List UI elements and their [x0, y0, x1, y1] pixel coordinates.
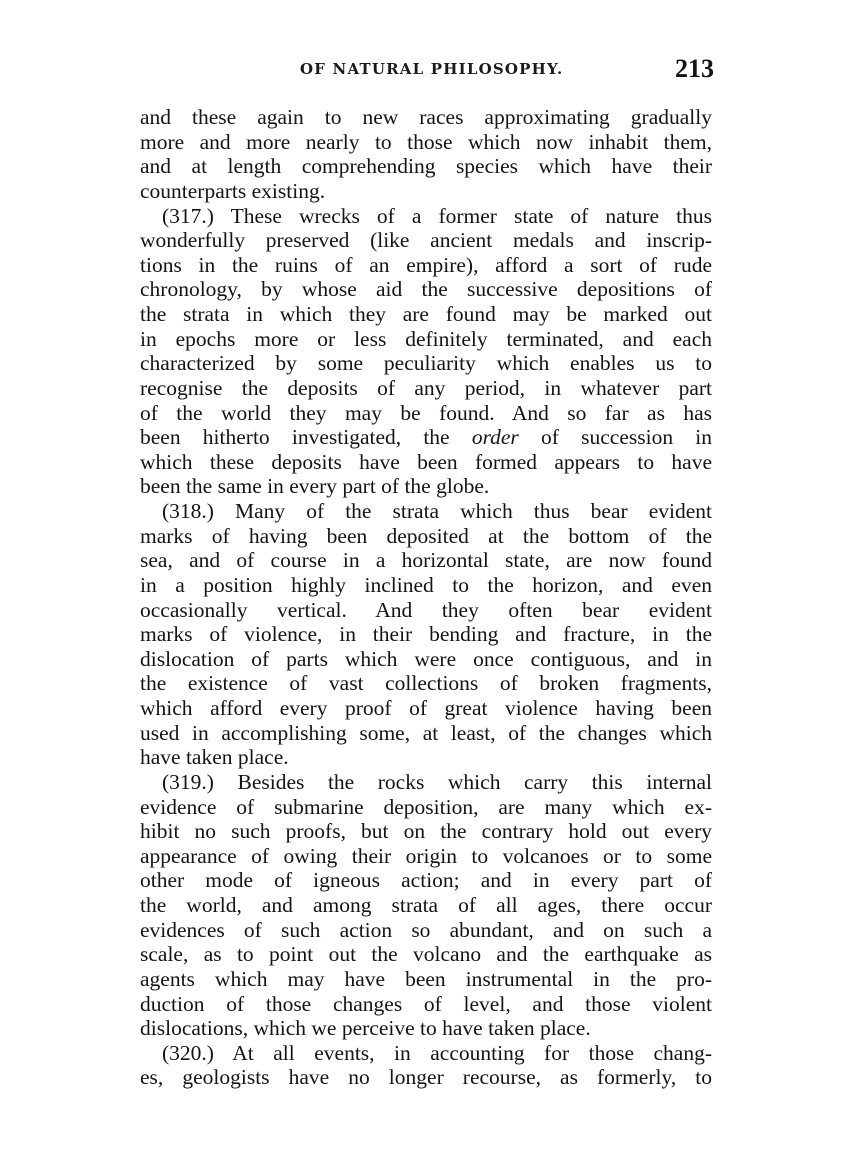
- text-line: in a position highly inclined to the hor…: [140, 573, 712, 598]
- text-line: dislocation of parts which were once con…: [140, 647, 712, 672]
- text-line: of the world they may be found. And so f…: [140, 401, 712, 426]
- text-line: and these again to new races approximati…: [140, 105, 712, 130]
- text-line: (318.) Many of the strata which thus bea…: [140, 499, 712, 524]
- paragraph-317: (317.) These wrecks of a former state of…: [140, 204, 712, 500]
- text-line: have taken place.: [140, 745, 712, 770]
- italic-word: order: [472, 425, 519, 449]
- text-line: used in accomplishing some, at least, of…: [140, 721, 712, 746]
- body-text: and these again to new races approximati…: [140, 105, 712, 1090]
- text-line: and at length comprehending species whic…: [140, 154, 712, 179]
- text-line: other mode of igneous action; and in eve…: [140, 868, 712, 893]
- text-line: marks of violence, in their bending and …: [140, 622, 712, 647]
- text-line: dislocations, which we perceive to have …: [140, 1016, 712, 1041]
- text-line: more and more nearly to those which now …: [140, 130, 712, 155]
- text-line: occasionally vertical. And they often be…: [140, 598, 712, 623]
- text-line-with-italic: been hitherto investigated, the order of…: [140, 425, 712, 450]
- text-line: sea, and of course in a horizontal state…: [140, 548, 712, 573]
- text-line: scale, as to point out the volcano and t…: [140, 942, 712, 967]
- text-line: marks of having been deposited at the bo…: [140, 524, 712, 549]
- text-line: characterized by some peculiarity which …: [140, 351, 712, 376]
- paragraph-318: (318.) Many of the strata which thus bea…: [140, 499, 712, 770]
- text-line: (317.) These wrecks of a former state of…: [140, 204, 712, 229]
- text-line: the existence of vast collections of bro…: [140, 671, 712, 696]
- text-line: (320.) At all events, in accounting for …: [140, 1041, 712, 1066]
- text-line: which afford every proof of great violen…: [140, 696, 712, 721]
- text-line: duction of those changes of level, and t…: [140, 992, 712, 1017]
- text-line: agents which may have been instrumental …: [140, 967, 712, 992]
- text-line: (319.) Besides the rocks which carry thi…: [140, 770, 712, 795]
- text-line: recognise the deposits of any period, in…: [140, 376, 712, 401]
- text-line: hibit no such proofs, but on the contrar…: [140, 819, 712, 844]
- text-line: evidence of submarine deposition, are ma…: [140, 795, 712, 820]
- text-segment: been hitherto investigated, the: [140, 425, 450, 449]
- text-line: wonderfully preserved (like ancient meda…: [140, 228, 712, 253]
- text-line: tions in the ruins of an empire), afford…: [140, 253, 712, 278]
- page-number: 213: [675, 54, 714, 84]
- text-line: evidences of such action so abundant, an…: [140, 918, 712, 943]
- text-segment: of succession in: [541, 425, 712, 449]
- text-line: the world, and among strata of all ages,…: [140, 893, 712, 918]
- text-line: es, geologists have no longer recourse, …: [140, 1065, 712, 1090]
- text-line: chronology, by whose aid the successive …: [140, 277, 712, 302]
- paragraph-319: (319.) Besides the rocks which carry thi…: [140, 770, 712, 1041]
- running-head: OF NATURAL PHILOSOPHY. 213: [140, 58, 718, 88]
- text-line: appearance of owing their origin to volc…: [140, 844, 712, 869]
- text-line: counterparts existing.: [140, 179, 712, 204]
- paragraph-320: (320.) At all events, in accounting for …: [140, 1041, 712, 1090]
- running-title: OF NATURAL PHILOSOPHY.: [300, 60, 563, 78]
- text-line: which these deposits have been formed ap…: [140, 450, 712, 475]
- text-line: the strata in which they are found may b…: [140, 302, 712, 327]
- paragraph-continuation: and these again to new races approximati…: [140, 105, 712, 204]
- book-page: OF NATURAL PHILOSOPHY. 213 and these aga…: [0, 0, 850, 1150]
- text-line: been the same in every part of the globe…: [140, 474, 712, 499]
- text-line: in epochs more or less definitely termin…: [140, 327, 712, 352]
